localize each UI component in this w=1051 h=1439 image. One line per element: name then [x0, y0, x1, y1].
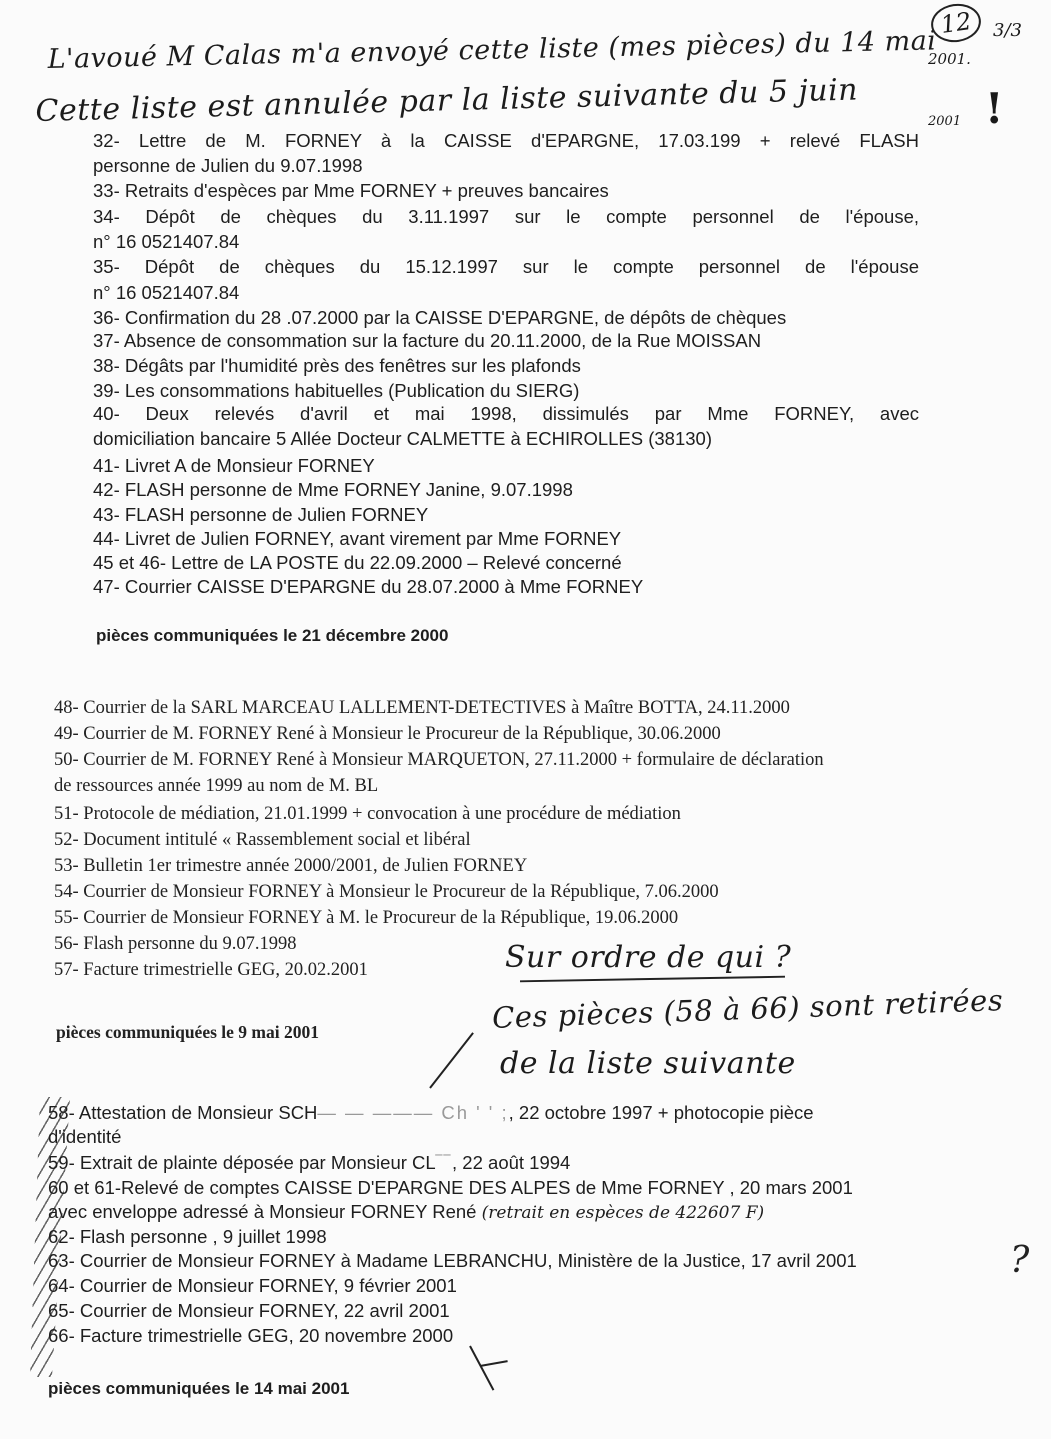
list-item-47: 47- Courrier CAISSE D'EPARGNE du 28.07.2… [93, 576, 643, 598]
list-item-40-cont: domiciliation bancaire 5 Allée Docteur C… [93, 428, 712, 450]
handwritten-cash-note: (retrait en espèces de 422607 F) [482, 1203, 765, 1223]
handwritten-note-header-line1: L'avoué M Calas m'a envoyé cette liste (… [47, 25, 936, 75]
list-item-60-61-cont-text: avec enveloppe adressé à Monsieur FORNEY… [48, 1201, 476, 1222]
list-item-44: 44- Livret de Julien FORNEY, avant virem… [93, 528, 621, 550]
list-item-55: 55- Courrier de Monsieur FORNEY à M. le … [54, 908, 678, 929]
list-item-50: 50- Courrier de M. FORNEY René à Monsieu… [54, 750, 824, 771]
section-1-footer: pièces communiquées le 21 décembre 2000 [96, 626, 448, 646]
list-item-59: 59- Extrait de plainte déposée par Monsi… [48, 1152, 570, 1174]
list-item-35-cont: n° 16 0521407.84 [93, 282, 239, 304]
list-item-32-cont: personne de Julien du 9.07.1998 [93, 155, 363, 177]
section-2-footer: pièces communiquées le 9 mai 2001 [56, 1022, 319, 1043]
list-item-34-cont: n° 16 0521407.84 [93, 231, 239, 253]
redacted-name: ‾‾ [436, 1152, 452, 1174]
list-item-35: 35- Dépôt de chèques du 15.12.1997 sur l… [93, 256, 919, 278]
handwritten-withdrawn-line2: de la liste suivante [500, 1046, 796, 1081]
list-item-60-61-cont: avec enveloppe adressé à Monsieur FORNEY… [48, 1201, 764, 1223]
page-number-text: 12 [939, 7, 973, 39]
list-item-59-tail: , 22 août 1994 [452, 1152, 570, 1173]
list-item-38: 38- Dégâts par l'humidité près des fenêt… [93, 355, 581, 377]
list-item-40: 40- Deux relevés d'avril et mai 1998, di… [93, 403, 919, 425]
list-item-34: 34- Dépôt de chèques du 3.11.1997 sur le… [93, 206, 919, 228]
list-item-54: 54- Courrier de Monsieur FORNEY à Monsie… [54, 882, 719, 903]
page-fraction: 3/3 [993, 20, 1022, 41]
handwritten-underline [520, 976, 785, 983]
list-item-52: 52- Document intitulé « Rassemblement so… [54, 830, 471, 851]
exclamation-mark: ! [985, 84, 1003, 133]
list-item-37: 37- Absence de consommation sur la factu… [93, 330, 761, 352]
margin-question-mark: ? [1010, 1240, 1029, 1281]
arrow-icon [429, 1032, 474, 1088]
list-item-58: 58- Attestation de Monsieur SCH— — ——— C… [48, 1102, 814, 1124]
list-item-33: 33- Retraits d'espèces par Mme FORNEY + … [93, 180, 609, 202]
list-item-56: 56- Flash personne du 9.07.1998 [54, 934, 297, 955]
list-item-60-61: 60 et 61-Relevé de comptes CAISSE D'EPAR… [48, 1177, 853, 1199]
list-item-53: 53- Bulletin 1er trimestre année 2000/20… [54, 856, 527, 877]
list-item-43: 43- FLASH personne de Julien FORNEY [93, 504, 428, 526]
list-item-39: 39- Les consommations habituelles (Publi… [93, 380, 579, 402]
arrow-icon [469, 1346, 494, 1391]
list-item-58-tail: , 22 octobre 1997 + photocopie pièce [509, 1102, 814, 1123]
section-3-footer: pièces communiquées le 14 mai 2001 [48, 1379, 349, 1399]
list-item-59-text: 59- Extrait de plainte déposée par Monsi… [48, 1152, 436, 1173]
list-item-58-cont: d'identité [48, 1126, 121, 1148]
list-item-36: 36- Confirmation du 28 .07.2000 par la C… [93, 307, 786, 329]
list-item-41: 41- Livret A de Monsieur FORNEY [93, 455, 375, 477]
list-item-51: 51- Protocole de médiation, 21.01.1999 +… [54, 804, 681, 825]
page-number-circled: 12 [929, 1, 984, 46]
list-item-45-46: 45 et 46- Lettre de LA POSTE du 22.09.20… [93, 552, 622, 574]
list-item-65: 65- Courrier de Monsieur FORNEY, 22 avri… [48, 1300, 450, 1322]
handwritten-note-header-line2: Cette liste est annulée par la liste sui… [35, 72, 858, 129]
list-item-48: 48- Courrier de la SARL MARCEAU LALLEMEN… [54, 698, 790, 719]
handwritten-question: Sur ordre de qui ? [505, 940, 791, 975]
list-item-58-text: 58- Attestation de Monsieur SCH [48, 1102, 317, 1123]
list-item-32: 32- Lettre de M. FORNEY à la CAISSE d'EP… [93, 130, 919, 152]
list-item-42: 42- FLASH personne de Mme FORNEY Janine,… [93, 479, 573, 501]
list-item-64: 64- Courrier de Monsieur FORNEY, 9 févri… [48, 1275, 457, 1297]
handwritten-note-header-year2: 2001 [928, 114, 961, 129]
list-item-63: 63- Courrier de Monsieur FORNEY à Madame… [48, 1250, 857, 1272]
handwritten-withdrawn-line1: Ces pièces (58 à 66) sont retirées [492, 983, 1004, 1035]
list-item-50-cont: de ressources année 1999 au nom de M. BL [54, 776, 378, 797]
list-item-62: 62- Flash personne , 9 juillet 1998 [48, 1226, 327, 1248]
list-item-49: 49- Courrier de M. FORNEY René à Monsieu… [54, 724, 721, 745]
list-item-66: 66- Facture trimestrielle GEG, 20 novemb… [48, 1325, 453, 1347]
list-item-57: 57- Facture trimestrielle GEG, 20.02.200… [54, 960, 368, 981]
arrow-icon [480, 1360, 508, 1367]
redacted-name: — — ——— Ch ' ' ; [317, 1102, 508, 1124]
handwritten-note-header-year: 2001. [928, 50, 971, 68]
